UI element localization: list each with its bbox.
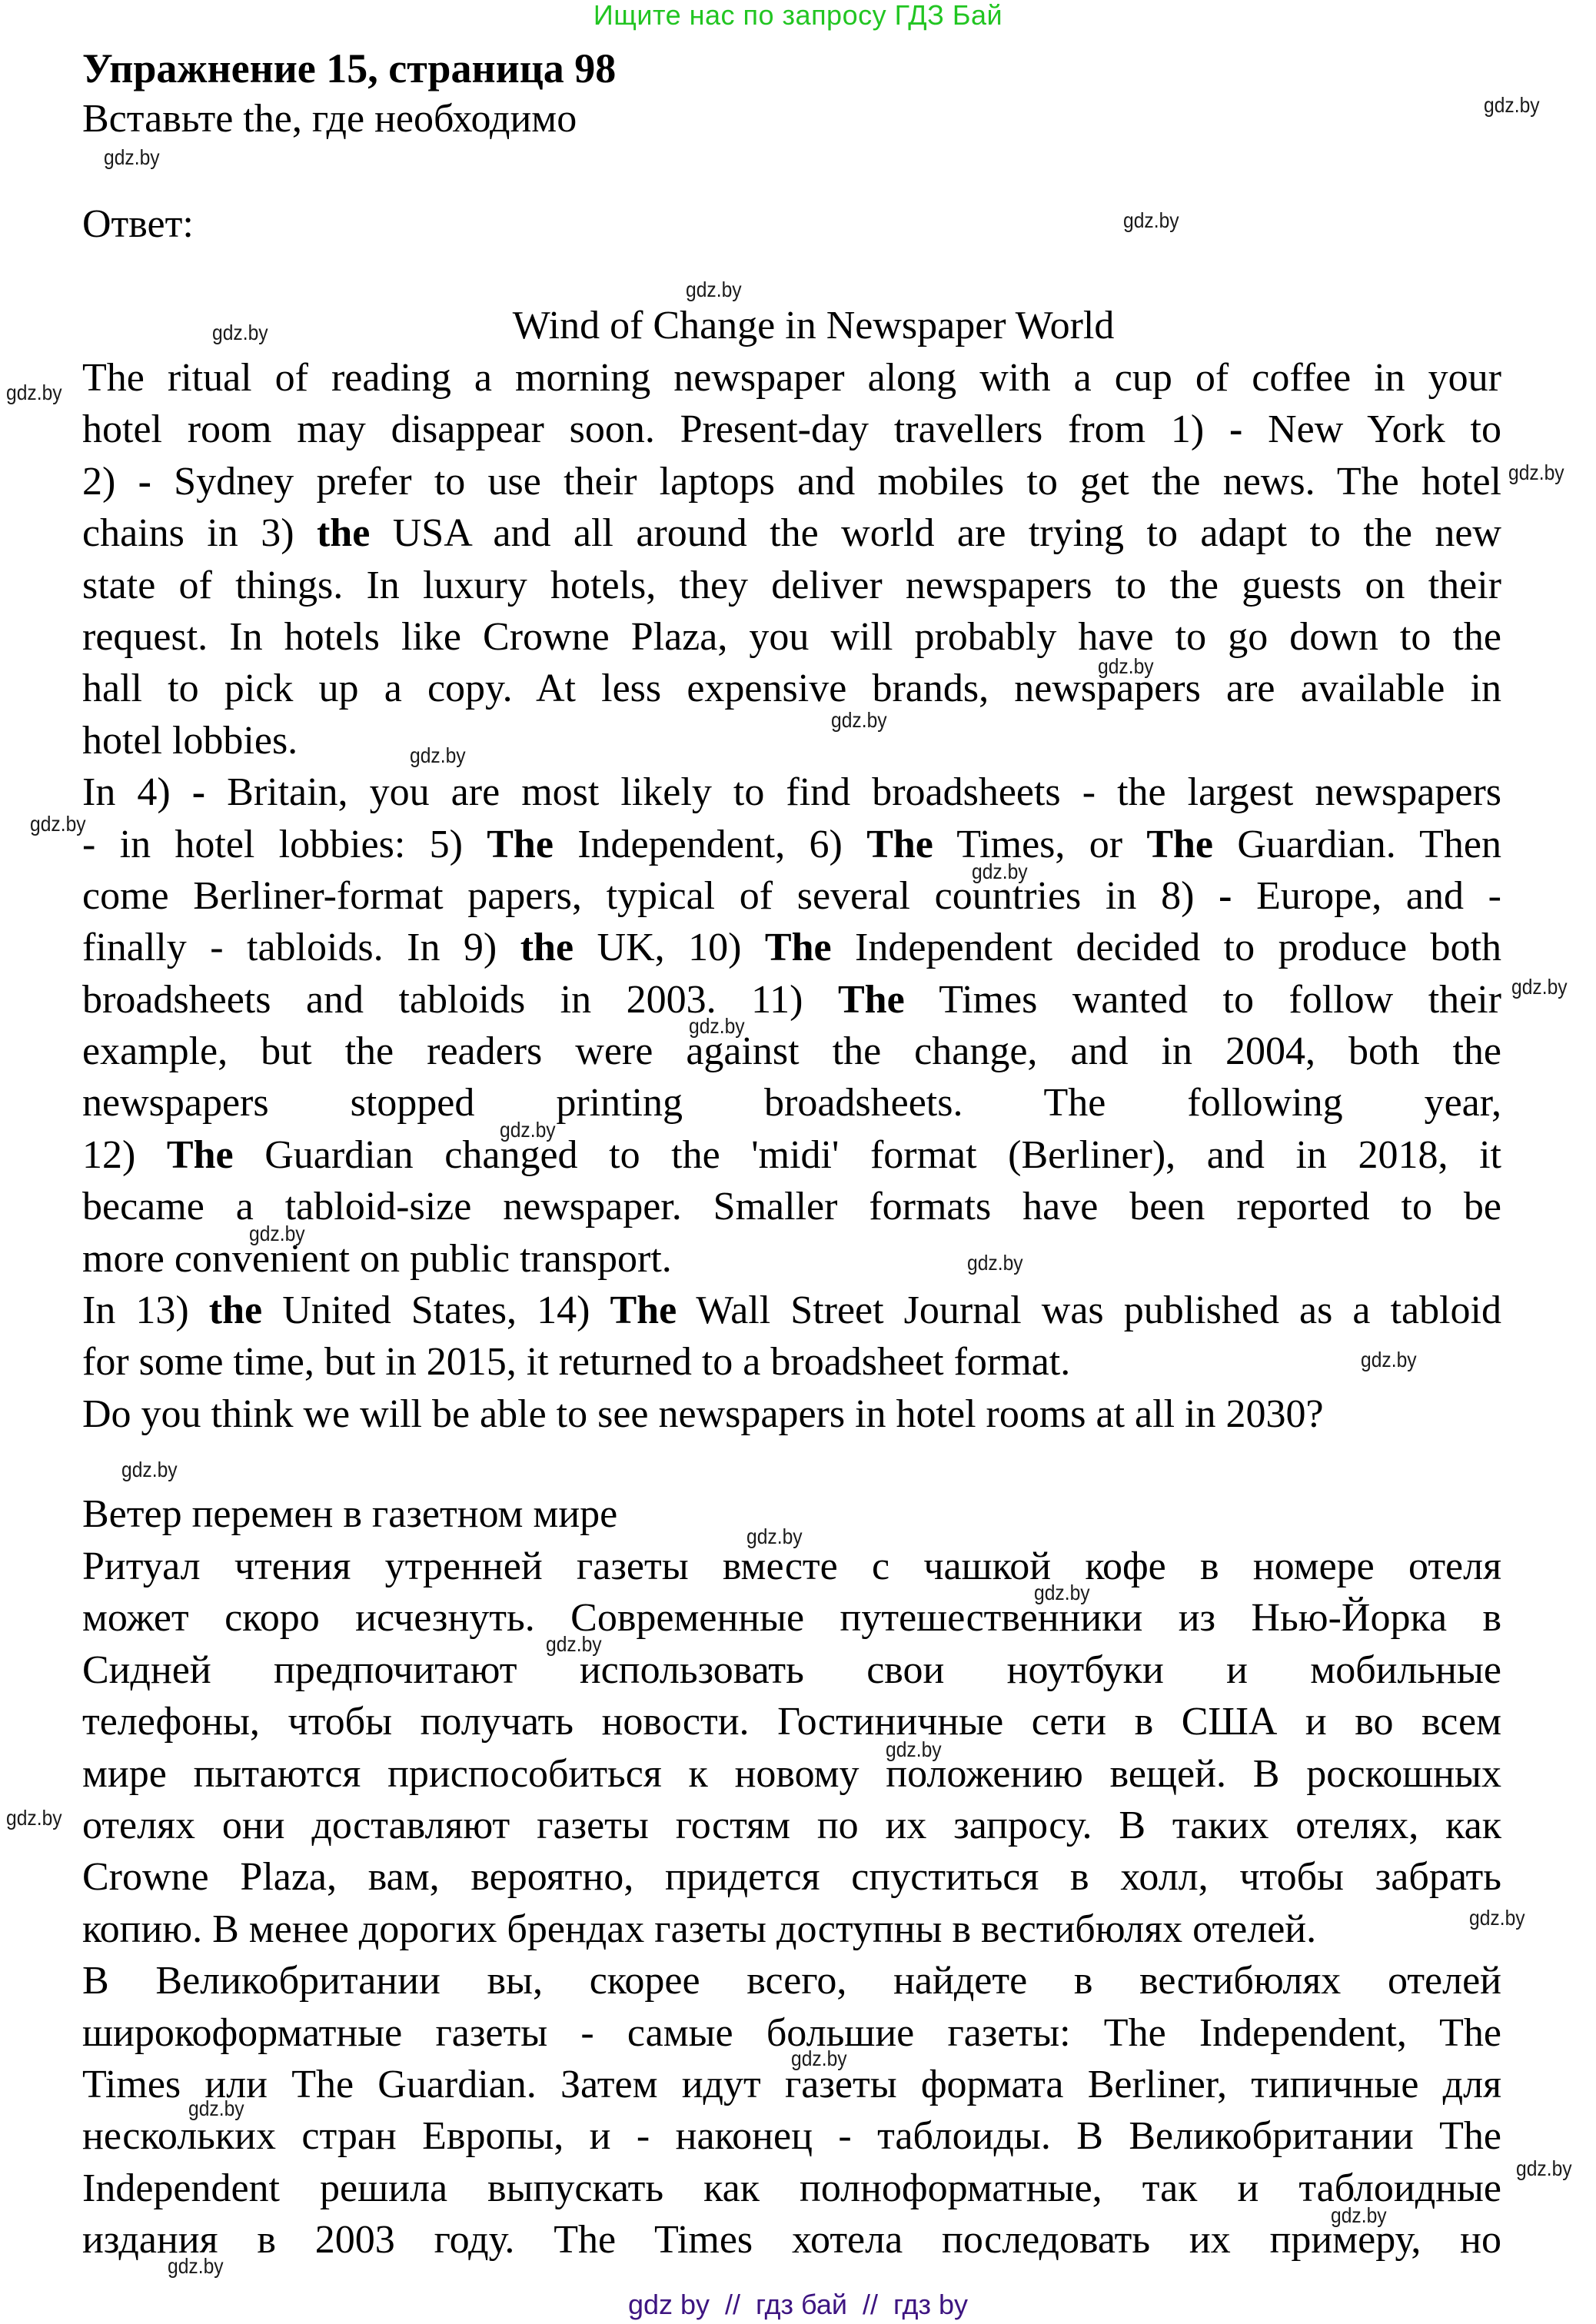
watermark-label: gdz.by	[104, 146, 160, 169]
watermark-label: gdz.by	[1516, 2157, 1572, 2180]
watermark-label: gdz.by	[6, 381, 62, 404]
russian-line: мире пытаются приспособиться к новому по…	[82, 1748, 1501, 1800]
answer-word: The	[487, 823, 554, 866]
watermark-label: gdz.by	[967, 1252, 1023, 1275]
watermark-label: gdz.by	[1331, 2204, 1387, 2227]
text-run: New York to	[1242, 407, 1501, 451]
text-run: 12)	[82, 1133, 167, 1177]
text-run: отелях они доставляют газеты гостям по и…	[82, 1804, 1501, 1847]
watermark-label: gdz.by	[686, 278, 742, 301]
text-run: - in hotel lobbies: 5)	[82, 823, 487, 866]
watermark-label: gdz.by	[1098, 655, 1154, 678]
watermark-label: gdz.by	[1469, 1907, 1525, 1930]
text-run: newspapers stopped printing broadsheets.…	[82, 1081, 1501, 1125]
watermark-label: gdz.by	[188, 2097, 244, 2120]
russian-line: В Великобритании вы, скорее всего, найде…	[82, 1955, 1501, 2006]
watermark-label: gdz.by	[1511, 976, 1568, 999]
answer-word: The	[610, 1288, 677, 1332]
text-run: request. In hotels like Crowne Plaza, yo…	[82, 615, 1501, 659]
text-run: Europe, and -	[1232, 874, 1501, 918]
watermark-label: gdz.by	[249, 1222, 305, 1245]
russian-line: Independent решила выпускать как полнофо…	[82, 2163, 1501, 2214]
text-run: Britain, you are most likely to find bro…	[205, 770, 1501, 814]
text-run: 2)	[82, 460, 138, 504]
watermark-label: gdz.by	[30, 813, 86, 836]
text-run: hall to pick up a copy. At less expensiv…	[82, 667, 1501, 710]
text-run: копию. В менее дорогих брендах газеты до…	[82, 1907, 1316, 1951]
text-run: hotel lobbies.	[82, 719, 298, 763]
watermark-label: gdz.by	[1508, 461, 1564, 484]
english-line: example, but the readers were against th…	[82, 1026, 1501, 1077]
answer-word: the	[317, 511, 370, 555]
watermark-label: gdz.by	[689, 1015, 745, 1038]
text-run: Times wanted to follow their	[905, 978, 1501, 1022]
text-run: может скоро исчезнуть. Современные путеш…	[82, 1596, 1501, 1640]
answer-word: the	[209, 1288, 262, 1332]
watermark-label: gdz.by	[546, 1633, 602, 1656]
answer-word: -	[1229, 407, 1242, 451]
english-line: - in hotel lobbies: 5) The Independent, …	[82, 819, 1501, 870]
answer-word: -	[192, 770, 205, 814]
site-footer-banner: gdz by // гдз бай // гдз by	[0, 2288, 1596, 2322]
text-run: нескольких стран Европы, и - наконец - т…	[82, 2114, 1501, 2158]
russian-text-heading: Ветер перемен в газетном мире	[82, 1491, 617, 1538]
russian-line: нескольких стран Европы, и - наконец - т…	[82, 2110, 1501, 2162]
text-run: Crowne Plaza, вам, вероятно, придется сп…	[82, 1855, 1501, 1899]
watermark-label: gdz.by	[1123, 209, 1179, 232]
english-line: finally - tabloids. In 9) the UK, 10) Th…	[82, 922, 1501, 973]
russian-line: Crowne Plaza, вам, вероятно, придется сп…	[82, 1851, 1501, 1903]
answer-label: Ответ:	[82, 201, 194, 248]
english-line: broadsheets and tabloids in 2003. 11) Th…	[82, 974, 1501, 1026]
answer-word: the	[520, 926, 574, 969]
text-run: Independent, 6)	[554, 823, 866, 866]
english-line: for some time, but in 2015, it returned …	[82, 1336, 1501, 1388]
watermark-label: gdz.by	[831, 709, 887, 732]
text-run: chains in 3)	[82, 511, 317, 555]
text-run: state of things. In luxury hotels, they …	[82, 564, 1501, 607]
text-run: more convenient on public transport.	[82, 1237, 672, 1281]
text-run: United States, 14)	[262, 1288, 610, 1332]
russian-line: Сидней предпочитают использовать свои но…	[82, 1644, 1501, 1696]
text-run: hotel room may disappear soon. Present-d…	[82, 407, 1229, 451]
russian-line: телефоны, чтобы получать новости. Гостин…	[82, 1696, 1501, 1747]
text-run: мире пытаются приспособиться к новому по…	[82, 1752, 1501, 1796]
english-line: hotel room may disappear soon. Present-d…	[82, 404, 1501, 455]
text-run: UK, 10)	[574, 926, 765, 969]
russian-line: копию. В менее дорогих брендах газеты до…	[82, 1903, 1501, 1955]
text-run: for some time, but in 2015, it returned …	[82, 1340, 1070, 1384]
text-run: The ritual of reading a morning newspape…	[82, 356, 1501, 400]
english-line: hall to pick up a copy. At less expensiv…	[82, 663, 1501, 714]
english-line: In 4) - Britain, you are most likely to …	[82, 766, 1501, 818]
russian-line: может скоро исчезнуть. Современные путеш…	[82, 1592, 1501, 1644]
text-run: In 4)	[82, 770, 192, 814]
text-run: Ритуал чтения утренней газеты вместе с ч…	[82, 1544, 1501, 1588]
watermark-label: gdz.by	[212, 321, 268, 344]
english-line: 12) The Guardian changed to the 'midi' f…	[82, 1129, 1501, 1181]
text-run: example, but the readers were against th…	[82, 1029, 1501, 1073]
text-run: телефоны, чтобы получать новости. Гостин…	[82, 1700, 1501, 1744]
watermark-label: gdz.by	[168, 2255, 224, 2278]
english-line: The ritual of reading a morning newspape…	[82, 352, 1501, 404]
text-run: В Великобритании вы, скорее всего, найде…	[82, 1959, 1501, 2003]
english-line: Do you think we will be able to see news…	[82, 1388, 1501, 1440]
text-run: come Berliner-format papers, typical of …	[82, 874, 1219, 918]
watermark-label: gdz.by	[791, 2047, 847, 2070]
text-run: Guardian changed to the 'midi' format (B…	[234, 1133, 1501, 1177]
text-run: Times, or	[933, 823, 1146, 866]
answer-word: The	[1146, 823, 1213, 866]
russian-line: издания в 2003 году. The Times хотела по…	[82, 2214, 1501, 2266]
watermark-label: gdz.by	[972, 860, 1028, 883]
russian-line: Ритуал чтения утренней газеты вместе с ч…	[82, 1541, 1501, 1592]
text-run: издания в 2003 году. The Times хотела по…	[82, 2218, 1501, 2262]
watermark-label: gdz.by	[1484, 94, 1540, 117]
answer-word: The	[167, 1133, 234, 1177]
answer-word: The	[765, 926, 832, 969]
watermark-label: gdz.by	[886, 1738, 942, 1761]
text-run: Independent decided to produce both	[832, 926, 1501, 969]
watermark-label: gdz.by	[410, 744, 466, 767]
russian-text-body: Ритуал чтения утренней газеты вместе с ч…	[82, 1541, 1501, 2266]
english-line: state of things. In luxury hotels, they …	[82, 560, 1501, 611]
english-line: chains in 3) the USA and all around the …	[82, 507, 1501, 559]
text-run: Sydney prefer to use their laptops and m…	[151, 460, 1501, 504]
watermark-label: gdz.by	[500, 1119, 556, 1142]
watermark-label: gdz.by	[746, 1525, 803, 1548]
text-run: Guardian. Then	[1213, 823, 1501, 866]
watermark-label: gdz.by	[6, 1807, 62, 1830]
english-line: In 13) the United States, 14) The Wall S…	[82, 1285, 1501, 1336]
answer-word: The	[866, 823, 933, 866]
search-hint-banner: Ищите нас по запросу ГДЗ Бай	[0, 0, 1596, 31]
answer-word: The	[838, 978, 905, 1022]
exercise-instruction: Вставьте the, где необходимо	[82, 95, 577, 143]
exercise-title: Упражнение 15, страница 98	[82, 45, 616, 92]
text-run: Do you think we will be able to see news…	[82, 1392, 1324, 1436]
english-line: request. In hotels like Crowne Plaza, yo…	[82, 611, 1501, 663]
text-run: In 13)	[82, 1288, 209, 1332]
answer-word: -	[138, 460, 151, 504]
answer-word: -	[1219, 874, 1232, 918]
watermark-label: gdz.by	[1361, 1348, 1417, 1371]
english-line: newspapers stopped printing broadsheets.…	[82, 1077, 1501, 1129]
english-line: 2) - Sydney prefer to use their laptops …	[82, 456, 1501, 507]
text-run: Сидней предпочитают использовать свои но…	[82, 1648, 1501, 1692]
english-text-body: The ritual of reading a morning newspape…	[82, 352, 1501, 1440]
text-run: finally - tabloids. In 9)	[82, 926, 520, 969]
watermark-label: gdz.by	[1034, 1581, 1090, 1604]
text-run: Independent решила выпускать как полнофо…	[82, 2166, 1501, 2210]
text-run: Wall Street Journal was published as a t…	[677, 1288, 1501, 1332]
watermark-label: gdz.by	[121, 1458, 178, 1481]
english-line: come Berliner-format papers, typical of …	[82, 870, 1501, 922]
russian-line: отелях они доставляют газеты гостям по и…	[82, 1800, 1501, 1851]
english-line: hotel lobbies.	[82, 715, 1501, 766]
text-run: USA and all around the world are trying …	[370, 511, 1501, 555]
